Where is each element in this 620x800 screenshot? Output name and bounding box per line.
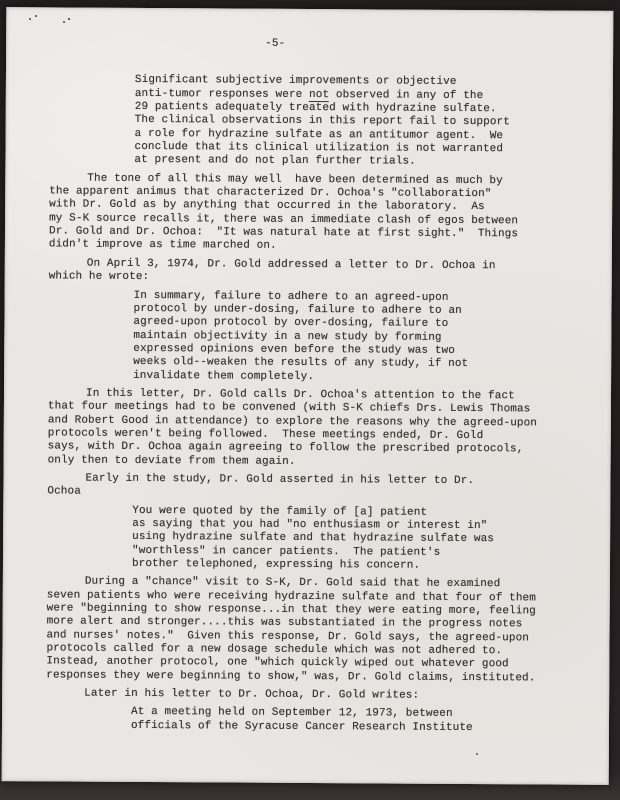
text-line: responses they were beginning to show," … bbox=[46, 669, 586, 686]
underlined-word: not bbox=[309, 89, 329, 102]
gold-letter-summary-quote: In summary, failure to adhere to an agre… bbox=[48, 289, 589, 386]
text-line: didn't improve as time marched on. bbox=[49, 239, 589, 256]
ink-speck bbox=[29, 18, 31, 20]
text-line: which he wrote: bbox=[49, 271, 589, 288]
ink-speck bbox=[476, 753, 478, 755]
september-meeting-quote: At a meeting held on September 12, 1973,… bbox=[46, 706, 586, 736]
text-line: brother telephoned, expressing his conce… bbox=[132, 558, 587, 574]
tone-paragraph: The tone of all this may well have been … bbox=[49, 172, 589, 255]
april-letter-intro: On April 3, 1974, Dr. Gold addressed a l… bbox=[49, 257, 589, 287]
page-number: -5- bbox=[50, 36, 590, 53]
text-line: invalidate them completely. bbox=[133, 369, 588, 385]
document-page: -5- Significant subjective improvements … bbox=[2, 7, 614, 785]
text-line: at present and do not plan further trial… bbox=[134, 154, 589, 170]
later-letter-intro: Later in his letter to Dr. Ochoa, Dr. Go… bbox=[46, 688, 586, 705]
ink-speck bbox=[68, 18, 70, 20]
page-content: -5- Significant subjective improvements … bbox=[46, 36, 590, 735]
family-quote: You were quoted by the family of [a] pat… bbox=[47, 504, 587, 574]
scan-background: { "document": { "page_number": "-5-", "b… bbox=[0, 0, 620, 800]
chance-visit-paragraph: During a "chance" visit to S-K, Dr. Gold… bbox=[46, 576, 587, 686]
text-line: Ochoa bbox=[47, 486, 587, 503]
text-line: officials of the Syracuse Cancer Researc… bbox=[131, 720, 586, 736]
ink-speck bbox=[35, 15, 37, 17]
text-line: Later in his letter to Dr. Ochoa, Dr. Go… bbox=[46, 688, 586, 705]
text-segment: anti-tumor responses were bbox=[135, 88, 309, 101]
four-meetings-paragraph: In this letter, Dr. Gold calls Dr. Ochoa… bbox=[48, 387, 588, 470]
text-segment: observed in any of the bbox=[329, 89, 483, 102]
ink-speck bbox=[63, 21, 65, 23]
early-study-intro: Early in the study, Dr. Gold asserted in… bbox=[47, 472, 587, 502]
report-conclusion-quote: Significant subjective improvements or o… bbox=[49, 74, 590, 171]
